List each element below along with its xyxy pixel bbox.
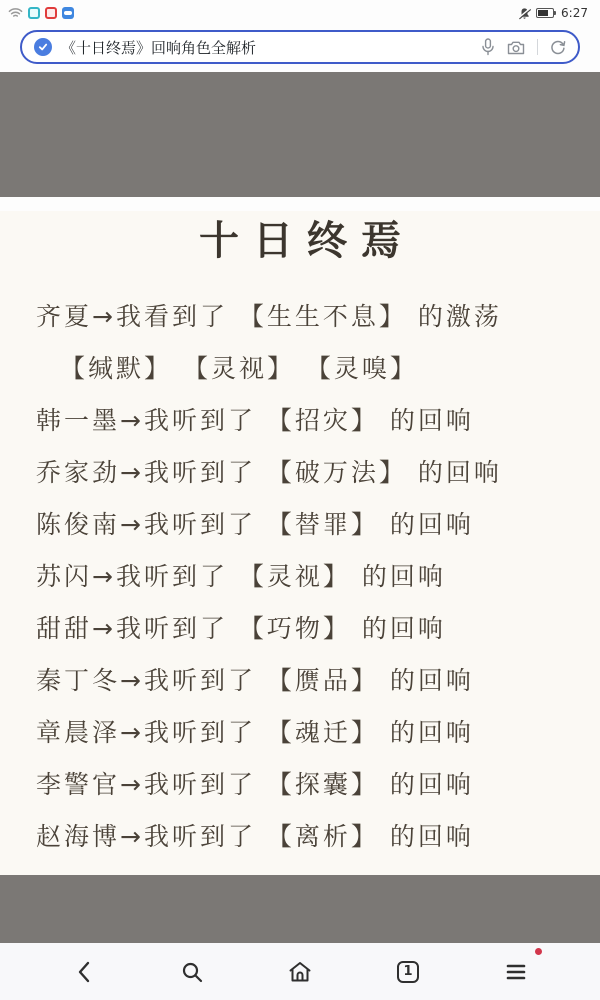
note-line: 陈俊南→我听到了 【替罪】 的回响 bbox=[0, 497, 600, 549]
browser-nav-bar: 1 bbox=[0, 943, 600, 1000]
status-bar: 6:27 bbox=[0, 0, 600, 26]
search-button[interactable] bbox=[172, 952, 212, 992]
status-left-icons bbox=[8, 7, 74, 19]
search-icons-divider bbox=[537, 39, 538, 55]
mute-icon bbox=[518, 7, 531, 20]
camera-icon[interactable] bbox=[507, 40, 525, 55]
note-lines: 齐夏→我看到了 【生生不息】 的激荡 【缄默】 【灵视】 【灵嗅】 韩一墨→我听… bbox=[0, 289, 600, 861]
note-line: 章晨泽→我听到了 【魂迁】 的回响 bbox=[0, 705, 600, 757]
tabs-button[interactable]: 1 bbox=[388, 952, 428, 992]
wifi-icon bbox=[8, 7, 23, 19]
notification-app-icon-red bbox=[45, 7, 57, 19]
battery-icon bbox=[536, 8, 554, 18]
menu-notification-dot bbox=[535, 948, 542, 955]
handwritten-note-page: 十日终焉 齐夏→我看到了 【生生不息】 的激荡 【缄默】 【灵视】 【灵嗅】 韩… bbox=[0, 211, 600, 875]
refresh-icon[interactable] bbox=[550, 39, 566, 55]
notification-app-icon-cloud bbox=[62, 7, 74, 19]
note-line: 【缄默】 【灵视】 【灵嗅】 bbox=[0, 341, 600, 393]
search-bar-container: 《十日终焉》回响角色全解析 bbox=[0, 26, 600, 70]
search-query-text[interactable]: 《十日终焉》回响角色全解析 bbox=[61, 37, 481, 58]
photo-dark-area-top bbox=[0, 72, 600, 197]
note-line: 乔家劲→我听到了 【破万法】 的回响 bbox=[0, 445, 600, 497]
status-time: 6:27 bbox=[561, 6, 588, 20]
home-button[interactable] bbox=[280, 952, 320, 992]
tab-count: 1 bbox=[397, 961, 419, 983]
note-line: 甜甜→我听到了 【巧物】 的回响 bbox=[0, 601, 600, 653]
note-line: 赵海博→我听到了 【离析】 的回响 bbox=[0, 809, 600, 861]
notification-app-icon-teal bbox=[28, 7, 40, 19]
note-line: 李警官→我听到了 【探囊】 的回响 bbox=[0, 757, 600, 809]
search-bar[interactable]: 《十日终焉》回响角色全解析 bbox=[20, 30, 580, 64]
note-line: 苏闪→我听到了 【灵视】 的回响 bbox=[0, 549, 600, 601]
verified-badge-icon bbox=[34, 38, 52, 56]
microphone-icon[interactable] bbox=[481, 38, 495, 56]
back-button[interactable] bbox=[64, 952, 104, 992]
note-line: 齐夏→我看到了 【生生不息】 的激荡 bbox=[0, 289, 600, 341]
note-line: 韩一墨→我听到了 【招灾】 的回响 bbox=[0, 393, 600, 445]
note-title: 十日终焉 bbox=[0, 211, 600, 263]
status-right-icons: 6:27 bbox=[518, 6, 588, 20]
menu-button[interactable] bbox=[496, 952, 536, 992]
note-line: 秦丁冬→我听到了 【赝品】 的回响 bbox=[0, 653, 600, 705]
